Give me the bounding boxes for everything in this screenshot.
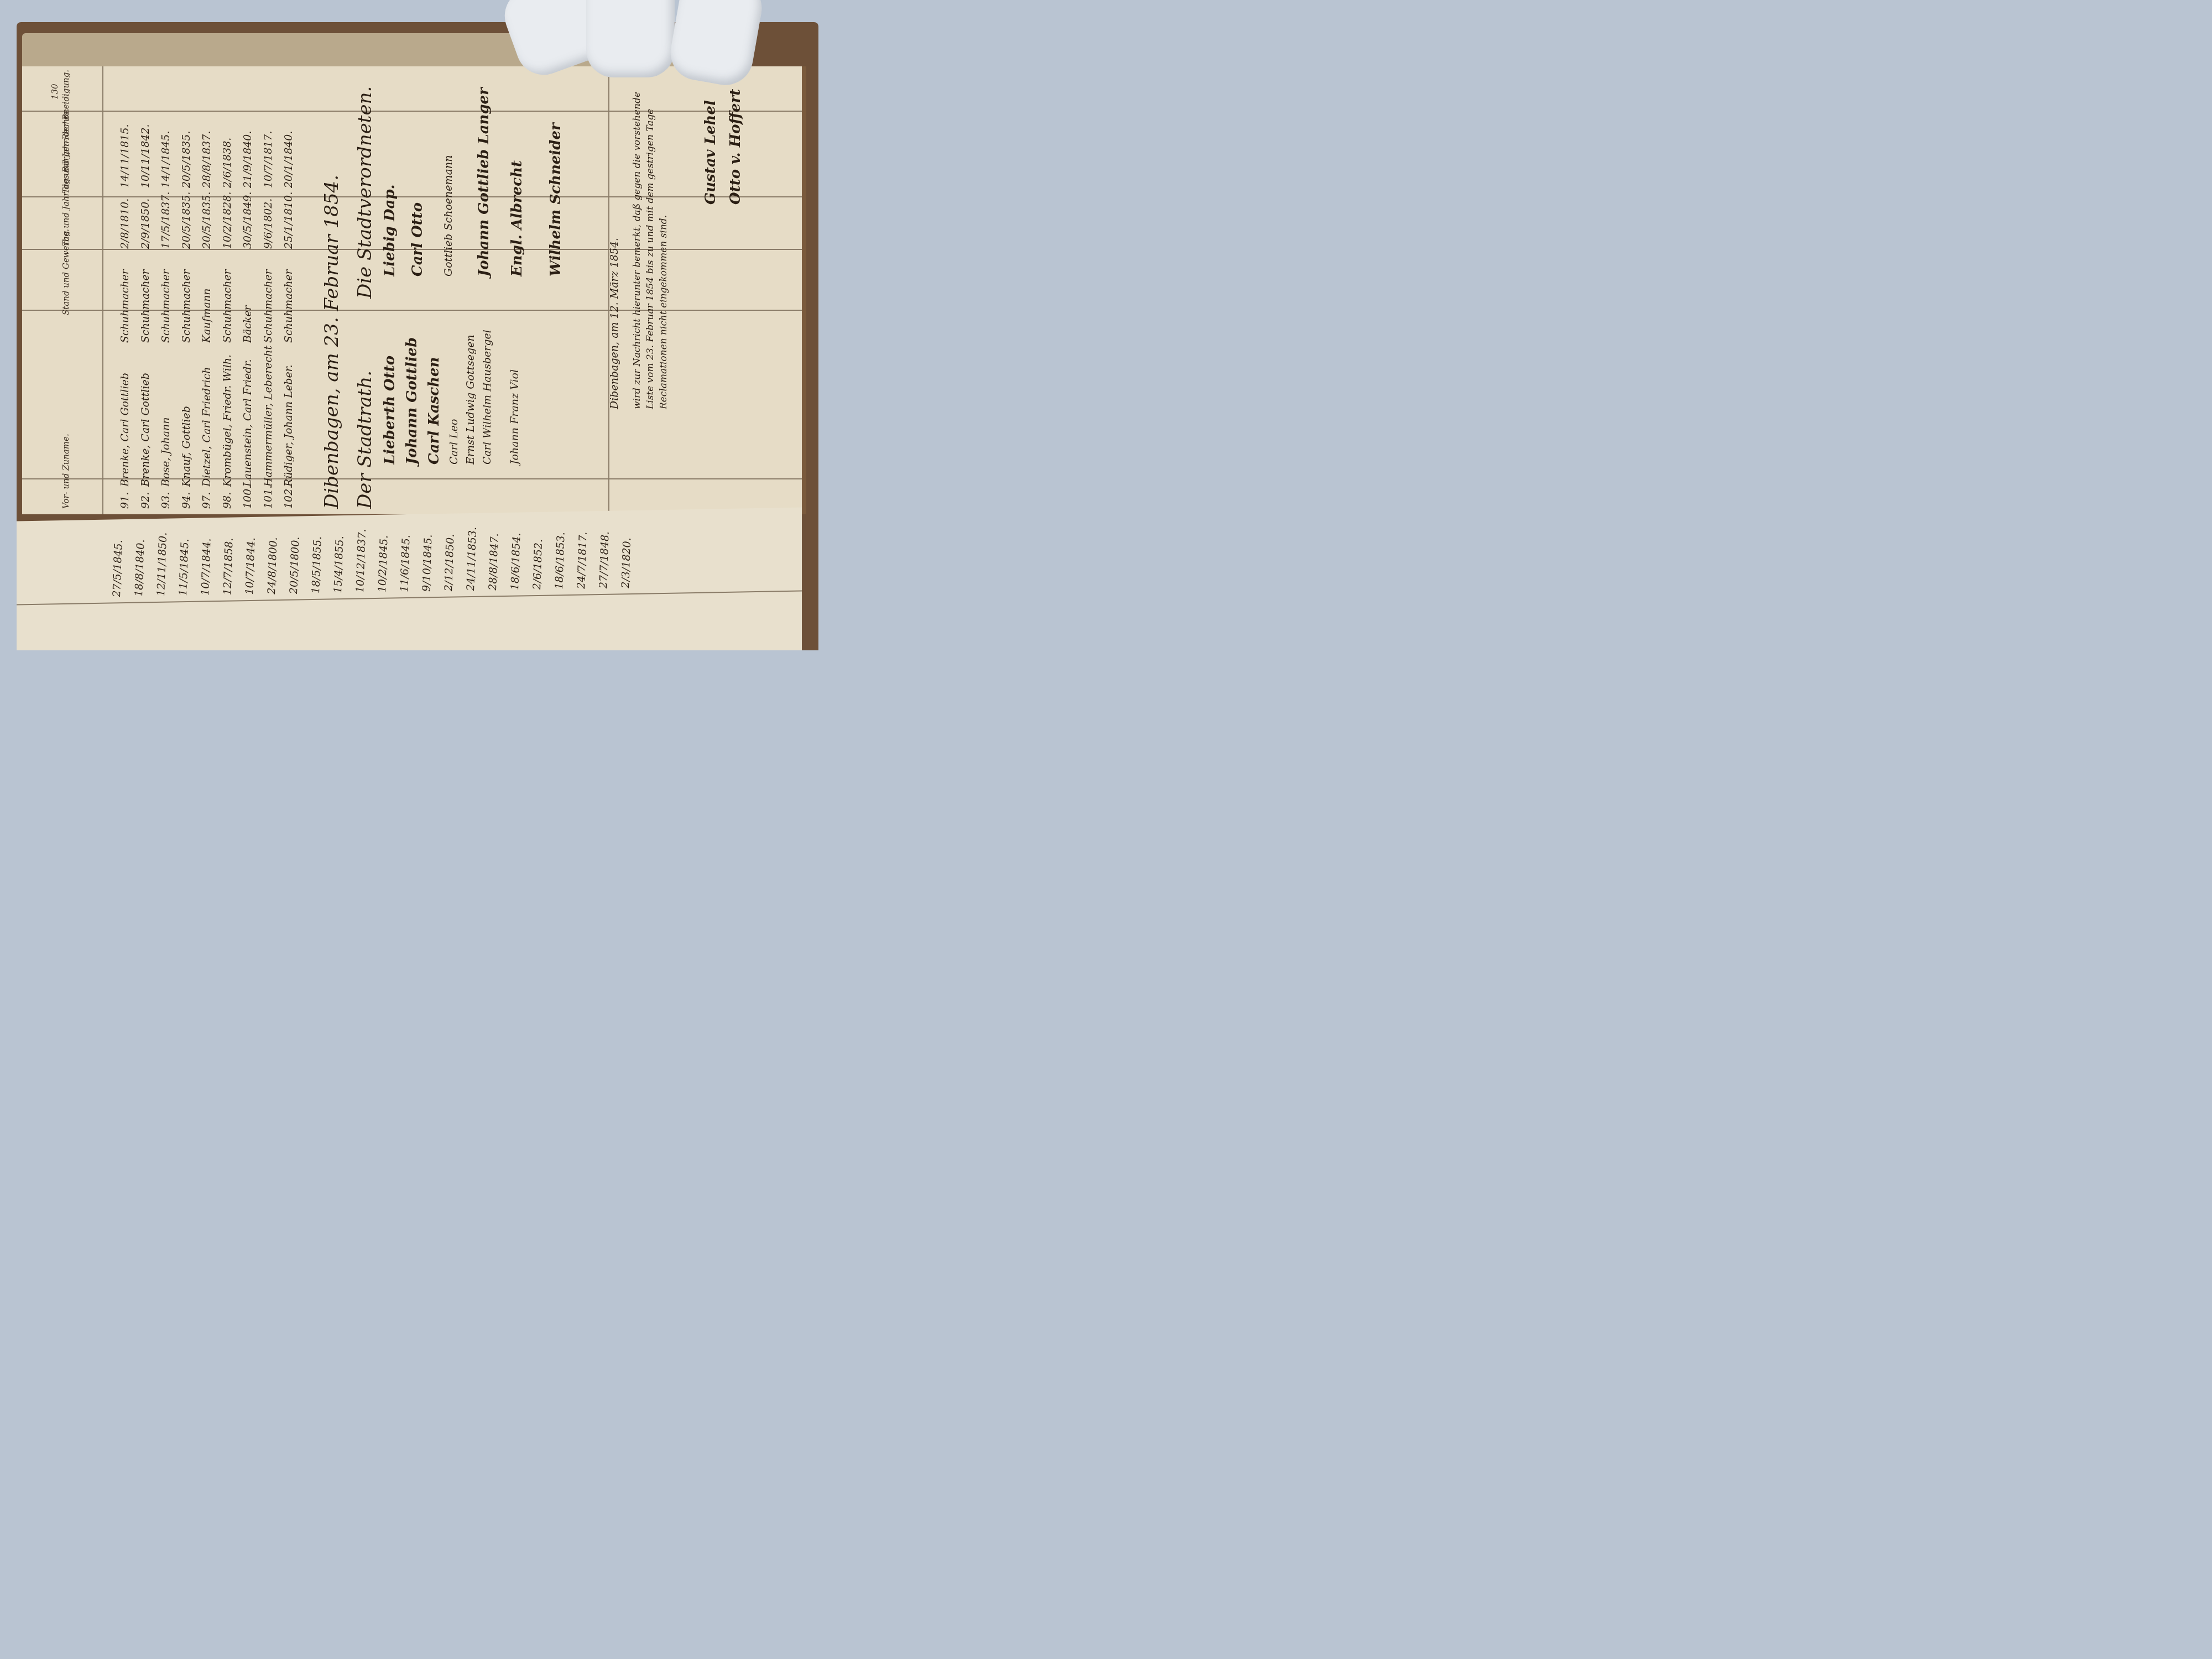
signature: Liebig Dap.: [382, 184, 398, 276]
date-cell: 24/7/1817.: [575, 531, 589, 589]
entry-date2: 14/11/1815.: [119, 124, 131, 188]
date-cell: 27/7/1848.: [597, 531, 612, 589]
entry-trade: Schuhmacher: [283, 269, 295, 343]
signature: Gottlieb Schoenemann: [442, 155, 455, 276]
signature: Johann Gottlieb: [404, 337, 420, 465]
date-cell: 2/3/1820.: [619, 538, 633, 588]
entry-name: Dietzel, Carl Friedrich: [201, 367, 213, 487]
rule: [102, 66, 103, 514]
date-cell: 20/5/1800.: [288, 536, 302, 594]
signature: Carl Leo: [448, 419, 460, 465]
entry-no: 91.: [119, 492, 131, 509]
header-name: Vor- und Zuname.: [61, 434, 71, 509]
note-text: wird zur Nachricht hierunter bemerkt, da…: [630, 77, 670, 409]
header-oath-date: Tag und Jahr der Beeidigung.: [61, 70, 71, 194]
date-cell: 10/7/1844.: [199, 538, 213, 596]
entry-trade: Schuhmacher: [262, 269, 274, 343]
signature: Wilhelm Schneider: [547, 123, 564, 276]
date-cell: 10/7/1844.: [243, 538, 258, 595]
entry-no: 94.: [180, 492, 192, 509]
date-cell: 18/5/1855.: [310, 536, 324, 594]
date-cell: 18/6/1854.: [509, 533, 523, 590]
entry-trade: Schuhmacher: [119, 269, 131, 343]
page-number: 130: [50, 84, 60, 100]
entry-date2: 14/1/1845.: [160, 131, 172, 188]
left-page: 27/5/1845. 18/8/1840. 12/11/1850. 11/5/1…: [17, 508, 802, 650]
signature: Johann Gottlieb Langer: [476, 87, 492, 276]
entry-no: 97.: [201, 492, 213, 509]
date-cell: 12/7/1858.: [221, 538, 236, 595]
entry-trade: Schuhmacher: [221, 269, 233, 343]
date-cell: 11/5/1845.: [177, 539, 191, 596]
date-cell: 10/12/1837.: [354, 529, 368, 593]
entry-date2: 21/9/1840.: [242, 131, 254, 188]
date-cell: 24/11/1853.: [465, 527, 479, 591]
date-cell: 11/6/1845.: [398, 535, 413, 592]
entry-trade: Bäcker: [242, 305, 254, 343]
right-page: 130 Vor- und Zuname. Stand und Gewerbe. …: [22, 66, 806, 514]
date-cell: 28/8/1847.: [487, 533, 501, 591]
entry-no: 102.: [283, 486, 295, 509]
entry-date2: 2/6/1838.: [221, 138, 233, 188]
rule: [22, 196, 802, 197]
signature: Lieberth Otto: [382, 356, 398, 465]
date-cell: 18/8/1840.: [133, 539, 147, 597]
entry-date2: 10/7/1817.: [262, 131, 274, 188]
entry-date1: 17/5/1837.: [160, 192, 172, 249]
signature: Ernst Ludwig Gottsegen: [465, 335, 477, 465]
date-cell: 9/10/1845.: [420, 534, 435, 592]
rule: [22, 111, 802, 112]
entry-date2: 20/1/1840.: [283, 131, 295, 188]
white-glove-finger: [586, 0, 675, 77]
entry-name: Rüdiger, Johann Leber.: [283, 364, 295, 487]
note-signature: Gustav Lehel: [702, 100, 719, 205]
entry-trade: Kaufmann: [201, 288, 213, 343]
entry-name: Hammermüller, Leberecht: [262, 346, 274, 487]
closing-right-heading: Die Stadtverordneten.: [354, 86, 376, 299]
signature: Carl Otto: [409, 202, 426, 276]
date-cell: 18/6/1853.: [553, 532, 567, 589]
entry-date2: 28/8/1837.: [201, 131, 213, 188]
entry-no: 100.: [242, 486, 254, 509]
entry-date1: 20/5/1835.: [201, 192, 213, 249]
entry-date1: 20/5/1835.: [180, 192, 192, 249]
entry-trade: Schuhmacher: [180, 269, 192, 343]
entry-date2: 10/11/1842.: [139, 124, 152, 188]
signature: Carl Wilhelm Hausbergel: [481, 330, 493, 465]
entry-name: Brenke, Carl Gottlieb: [119, 373, 131, 487]
date-cell: 12/11/1850.: [155, 532, 169, 596]
entry-trade: Schuhmacher: [160, 269, 172, 343]
signature: Carl Kaschen: [426, 357, 442, 465]
entry-date1: 9/6/1802.: [262, 199, 274, 249]
entry-date1: 25/1/1810.: [283, 192, 295, 249]
entry-date1: 30/5/1849.: [242, 192, 254, 249]
entry-date2: 20/5/1835.: [180, 131, 192, 188]
entry-no: 98.: [221, 492, 233, 509]
entry-name: Brenke, Carl Gottlieb: [139, 373, 152, 487]
entry-name: Knauf, Gottlieb: [180, 406, 192, 487]
closing-left-heading: Der Stadtrath.: [354, 371, 376, 509]
entry-trade: Schuhmacher: [139, 269, 152, 343]
entry-name: Bose, Johann: [160, 417, 172, 487]
entry-no: 92.: [139, 492, 152, 509]
entry-no: 93.: [160, 492, 172, 509]
note-place-date: Dibenbagen, am 12. März 1854.: [608, 238, 620, 409]
entry-date1: 10/2/1828.: [221, 192, 233, 249]
date-cell: 15/4/1855.: [332, 536, 346, 593]
entry-date1: 2/9/1850.: [139, 199, 152, 249]
signature: Engl. Albrecht: [509, 160, 525, 276]
closing-place-date: Dibenbagen, am 23. Februar 1854.: [321, 175, 343, 509]
date-cell: 24/8/1800.: [265, 537, 280, 594]
date-cell: 27/5/1845.: [111, 540, 125, 597]
entry-name: Krombügel, Friedr. Wilh.: [221, 354, 233, 487]
note-signature: Otto v. Hoffert: [727, 89, 744, 205]
date-cell: 2/6/1852.: [531, 539, 545, 590]
entry-date1: 2/8/1810.: [119, 199, 131, 249]
date-cell: 2/12/1850.: [442, 534, 457, 591]
signature: Johann Franz Viol: [509, 369, 521, 465]
entry-name: Lauenstein, Carl Friedr.: [242, 359, 254, 487]
date-cell: 10/2/1845.: [376, 535, 390, 593]
entry-no: 101.: [262, 486, 274, 509]
